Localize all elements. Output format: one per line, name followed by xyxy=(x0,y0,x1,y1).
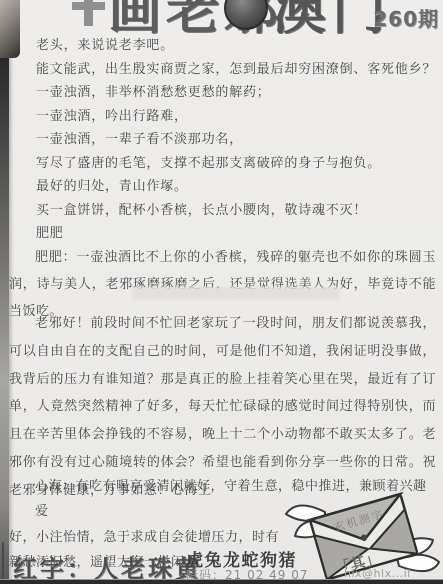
poem-line: 一壶浊酒，一辈子看不淡那功名， xyxy=(36,128,437,152)
poem-block: 老头，来说说老李吧。 能文能武，出生殷实商贾之家，怎到最后却穷困潦倒、客死他乡？… xyxy=(36,34,437,246)
partial-glyph-icon xyxy=(72,2,105,10)
poem-line: 一壶浊酒，吟出行路难， xyxy=(36,105,437,129)
scan-shadow-strip xyxy=(0,0,9,584)
title-banner: 画老邪 澳门 260期 xyxy=(0,0,443,34)
poem-line: 老头，来说说老李吧。 xyxy=(36,34,437,58)
issue-number: 260期 xyxy=(373,3,439,32)
poem-line: 买一盒饼饼，配杯小香槟，长点小腰肉，敬诗魂不灭！ xyxy=(36,199,437,223)
poem-line: 最好的归处，青山作塚。 xyxy=(36,175,437,199)
faint-watermark xyxy=(132,287,340,300)
poem-line: 能文能武，出生殷实商贾之家，怎到最后却穷困潦倒、客死他乡？ xyxy=(36,58,437,82)
poem-line: 写尽了盛唐的毛笔，支撑不起那支离破碎的身子与抱负。 xyxy=(36,152,437,176)
poem-line: 肥肥 xyxy=(36,222,437,246)
scanned-flyer-page: 画老邪 澳门 260期 老头，来说说老李吧。 能文能武，出生殷实商贾之家，怎到最… xyxy=(0,0,443,584)
frame-bottom-rule xyxy=(0,580,443,584)
frame-left-bracket xyxy=(2,542,4,580)
poem-line: 一壶浊酒，非举杯消愁愁更愁的解药； xyxy=(36,81,437,105)
